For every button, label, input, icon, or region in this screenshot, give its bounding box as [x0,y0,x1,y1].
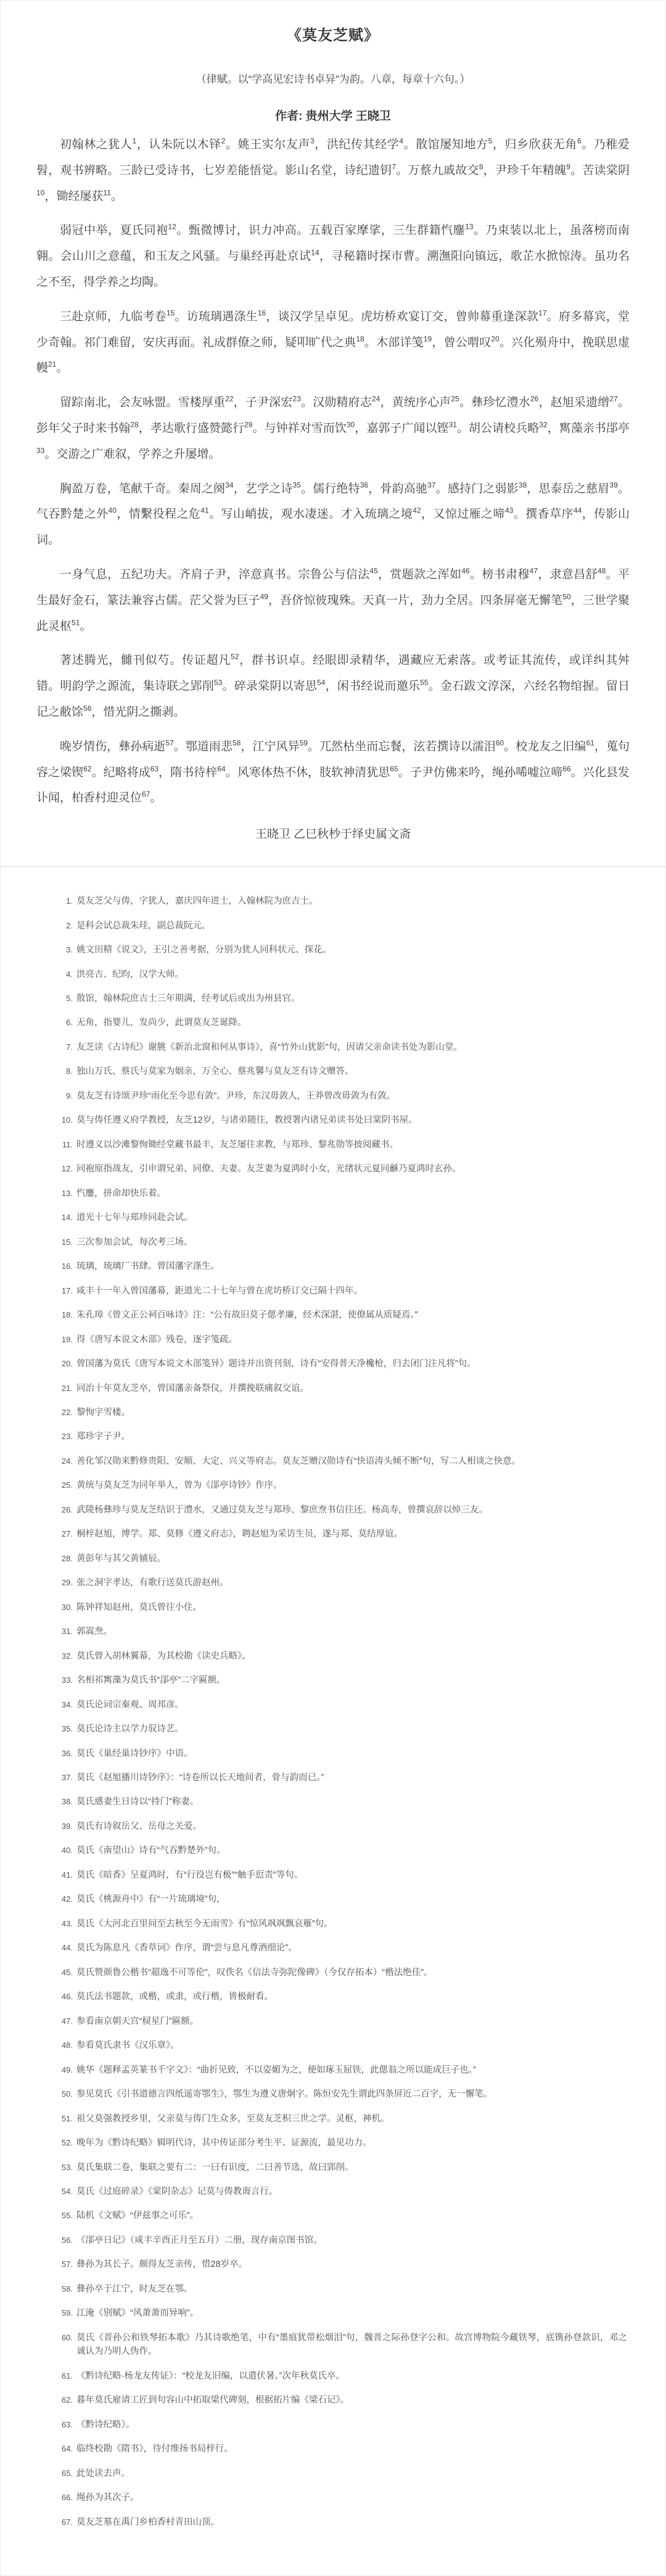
footnote-item: 10.莫与俦任遵义府学教授，友芝12岁，与诸弟随往，教授署内诸兄弟读书处曰棠阴书… [59,1113,627,1127]
footnote-item: 64.临终校勘《隋书》，待付维扬书局梓行。 [59,2442,627,2456]
footnote-ref: 49 [260,592,268,601]
footnote-number: 20. [59,1358,73,1370]
footnote-item: 15.三次参加会试，每次考三场。 [59,1236,627,1249]
footnote-number: 3. [59,944,73,956]
footnote-ref: 56 [83,704,91,713]
footnote-ref: 9 [566,162,570,171]
footnote-text: 江淹《别赋》“风萧萧而异响”。 [76,2308,199,2318]
footnote-ref: 12 [168,223,176,231]
footnote-number: 4. [59,968,73,981]
footnote-item: 17.咸丰十一年入曾国藩幕，距道光二十七年与曾在虎坊桥订交已隔十四年。 [59,1284,627,1298]
footnote-number: 22. [59,1406,73,1419]
footnote-item: 24.善化邹汉勋来黔修贵阳、安顺、大定、兴义等府志。莫友芝赠汉勋诗有“快语涛头倾… [59,1455,627,1468]
footnote-text: 得《唐写本说文木部》残卷，逐字笺疏。 [76,1335,237,1345]
footnote-number: 11. [59,1139,73,1151]
footnote-ref: 64 [217,764,225,773]
footnote-text: 黄统与莫友芝为同年举人，曾为《郘亭诗钞》作序。 [76,1480,282,1490]
footnote-text: 桐梓赵旭，博学。郑、莫修《遵义府志》，聘赵旭为采访生员，遂与郑、莫结厚谊。 [76,1529,403,1539]
footnote-number: 14. [59,1212,73,1224]
footnote-text: 莫氏赞颜鲁公楷书“超逸不可等伦”，叹佚名《信法寺弥陀像碑》（今仅存拓本）“楷法绝… [76,1968,433,1978]
footnote-item: 19.得《唐写本说文木部》残卷，逐字笺疏。 [59,1333,627,1347]
footnote-number: 9. [59,1090,73,1102]
footnote-number: 17. [59,1285,73,1297]
footnote-text: 参见莫氏《引书道德言四纸遥寄鄂生》，鄂生为遵义唐炯字。陈恒安先生谓此四条屏近二百… [76,2089,492,2099]
footnote-number: 13. [59,1187,73,1200]
footnote-ref: 23 [293,395,301,403]
footnote-ref: 42 [413,506,421,515]
footnote-ref: 35 [293,481,301,489]
footnote-text: 莫友芝父与俦，字犹人，嘉庆四年进士，入翰林院为庶吉士。 [76,896,318,906]
footnote-item: 26.武陵杨彝珍与莫友芝结识于澧水，又通过莫友芝与郑珍、黎庶焘书信往还。杨高寿，… [59,1503,627,1517]
footnote-ref: 14 [311,249,319,257]
footnote-item: 28.黄彭年与其父黄辅辰。 [59,1552,627,1566]
footnote-ref: 3 [310,137,314,146]
footnote-item: 23.郑珍字子尹。 [59,1430,627,1443]
footnote-ref: 59 [300,738,308,747]
footnote-text: 莫氏《桃源舟中》有“一片琉璃境”句， [76,1894,226,1904]
footnote-number: 63. [59,2419,73,2431]
author-line: 作者: 贵州大学 王晓卫 [1,107,665,123]
footnote-text: 姚文田精《说文》，王引之善考据，分别为犹人同科状元、探花。 [76,945,331,955]
footnote-ref: 52 [231,653,239,661]
footnote-text: 名相祁寯藻为莫氏书“郘亭”二字匾额。 [76,1675,226,1685]
footnote-item: 34.莫氏论词宗秦观、周邦彦。 [59,1698,627,1712]
footnote-number: 47. [59,2015,73,2028]
footnote-text: 郑珍字子尹。 [76,1432,130,1442]
footnote-item: 66.绳孙为其次子。 [59,2491,627,2504]
footnote-item: 57.彝孙为其长子。颇得友芝亲传，惜28岁卒。 [59,2258,627,2271]
footnote-ref: 1 [132,137,136,146]
footnote-number: 25. [59,1479,73,1492]
footnote-item: 31.郭嵩焘。 [59,1625,627,1638]
footnote-text: 莫与俦任遵义府学教授，友芝12岁，与诸弟随往，教授署内诸兄弟读书处曰棠阴书屋。 [76,1115,417,1125]
footnote-number: 50. [59,2088,73,2100]
footnote-number: 45. [59,1967,73,1979]
footnote-number: 37. [59,1772,73,1784]
footnote-number: 26. [59,1504,73,1516]
footnote-text: 临终校勘《隋书》，待付维扬书局梓行。 [76,2444,233,2454]
footnote-item: 67.莫友芝墓在禹门乡柏香村青田山顶。 [59,2516,627,2529]
document-page: { "page": { "title": "《莫友芝赋》", "subtitle… [0,0,666,2576]
footnote-text: 善化邹汉勋来黔修贵阳、安顺、大定、兴义等府志。莫友芝赠汉勋诗有“快语涛头倾不断”… [76,1456,520,1466]
footnote-ref: 16 [258,308,266,317]
footnote-item: 9.莫友芝有诗颂尹珍“雨化至今思有敛”。尹珍，东汉毋敛人，王莽曾改毋敛为有敛。 [59,1089,627,1103]
footnote-number: 31. [59,1625,73,1638]
footnote-number: 24. [59,1455,73,1468]
footnote-text: 莫氏为陈息凡《香草词》作序，谓“尝与息凡尊酒细论”。 [76,1943,297,1953]
footnote-item: 6.无角，指婴儿，发尚少，此谓莫友芝诞降。 [59,1016,627,1030]
footnote-text: 陆机《文赋》“伊兹事之可乐”。 [76,2211,199,2221]
footnote-number: 61. [59,2370,73,2382]
footnote-ref: 6 [577,137,582,146]
footnote-number: 40. [59,1844,73,1857]
footnote-ref: 33 [36,446,44,455]
footnote-ref: 24 [372,395,380,403]
footnote-ref: 8 [479,162,483,171]
essay-paragraph: 胸盈万卷，笔献千奇。秦周之阕34，艺学之诗35。儒行绝特36，骨韵高驰37。感持… [36,476,630,553]
footnote-item: 21.同治十年莫友芝卒，曾国藩亲备祭仪，并撰挽联痛叙交谊。 [59,1382,627,1395]
footnote-ref: 47 [530,567,538,576]
footnote-ref: 15 [166,308,175,317]
footnote-ref: 21 [48,360,56,369]
footnote-text: 道光十七年与郑珍同赴会试。 [76,1213,193,1223]
essay-paragraph: 晚岁情伤，彝孙病逝57。鄂道雨悲58，江宁风异59。兀然枯坐而忘餐，泫若撰诗以濡… [36,734,630,811]
footnote-item: 62.暮年莫氏雇请工匠到句容山中拓取梁代碑刻，根据拓片编《梁石记》。 [59,2393,627,2407]
footnote-ref: 7 [392,162,396,171]
footnote-item: 12.同袍原指战友，引申谓兄弟、同僚、夫妻。友芝妻为夏鸿时小女，光绪状元夏同龢乃… [59,1162,627,1176]
footnote-item: 5.散馆，翰林院庶吉士三年期满，经考试后或出为州县官。 [59,992,627,1005]
footnote-number: 18. [59,1309,73,1321]
footnote-number: 16. [59,1260,73,1273]
footnote-text: 此处读去声。 [76,2469,130,2479]
footnote-item: 18.朱孔璋《曾文正公祠百咏诗》注：“公有故旧莫子偲孝廉，经术深湛，使僚属从质疑… [59,1308,627,1322]
footnote-item: 42.莫氏《桃源舟中》有“一片琉璃境”句， [59,1893,627,1906]
footnote-ref: 62 [83,764,91,773]
footnote-ref: 43 [505,506,513,515]
footnote-ref: 63 [150,764,158,773]
footnote-number: 36. [59,1748,73,1760]
footnote-item: 59.江淹《别赋》“风萧萧而异响”。 [59,2306,627,2320]
footnote-item: 14.道光十七年与郑珍同赴会试。 [59,1211,627,1224]
footnote-ref: 19 [424,334,432,343]
footnote-text: 莫氏《晋孙公和铁琴拓本歌》乃其诗歌绝笔，中有“墨痕犹带松烟泪”句，魏晋之际孙登字… [76,2333,627,2356]
footnote-text: 莫氏曾入胡林翼幕，为其校勘《读史兵略》。 [76,1651,251,1661]
footnote-ref: 10 [36,188,44,197]
essay-paragraph: 一身气息，五纪功夫。齐肩子尹，淬意真书。宗鲁公与信法45，赏题款之浑如46。榜书… [36,562,630,639]
footnote-item: 63.《黔诗纪略》。 [59,2418,627,2432]
footnote-ref: 61 [586,738,594,747]
footnote-number: 33. [59,1674,73,1686]
footnote-text: 是科会试总裁朱珪，副总裁阮元。 [76,921,211,931]
footnote-number: 5. [59,993,73,1005]
footnote-text: 黎恂字雪楼。 [76,1408,130,1418]
footnote-item: 46.莫氏法书题款，或楷，或隶，或行楷，皆极耐看。 [59,1990,627,2004]
footnote-ref: 25 [451,395,459,403]
footnote-ref: 32 [539,421,547,429]
footnote-text: 同治十年莫友芝卒，曾国藩亲备祭仪，并撰挽联痛叙交谊。 [76,1384,309,1393]
footnote-item: 45.莫氏赞颜鲁公楷书“超逸不可等伦”，叹佚名《信法寺弥陀像碑》（今仅存拓本）“… [59,1966,627,1979]
footnote-number: 53. [59,2161,73,2174]
footnote-item: 39.莫氏有诗叙岳父、岳母之关爱。 [59,1820,627,1833]
signature-line: 王晓卫 乙巳秋杪于绎史属文斋 [1,825,665,841]
footnote-number: 54. [59,2186,73,2198]
footnote-ref: 48 [598,567,606,576]
footnote-text: 同袍原指战友，引申谓兄弟、同僚、夫妻。友芝妻为夏鸿时小女，光绪状元夏同龢乃夏鸿时… [76,1164,461,1174]
footnote-ref: 65 [390,764,398,773]
footnote-text: 《黔诗纪略·杨龙友传证》：“校龙友旧编，以遣伏暑。”次年秋莫氏卒。 [76,2371,345,2381]
footnote-number: 66. [59,2491,73,2504]
footnote-text: 时遵义以沙滩黎恂锄经堂藏书最丰，友芝屡往求教，与郑珍、黎兆勋等披阅藏书。 [76,1140,398,1150]
footnote-ref: 37 [427,481,435,489]
footnote-item: 50.参见莫氏《引书道德言四纸遥寄鄂生》，鄂生为遵义唐炯字。陈恒安先生谓此四条屏… [59,2087,627,2101]
footnote-text: 莫氏《赵旭播川诗钞序》：“诗卷所以长天地间者，骨与韵而已。” [76,1773,324,1783]
footnote-number: 51. [59,2113,73,2125]
footnote-ref: 5 [488,137,493,146]
footnote-text: 莫氏《大河北百里间至去秋至今无雨雪》有“惊风飒飒飘哀雁”句。 [76,1919,333,1929]
footnote-ref: 54 [317,679,325,687]
footnote-ref: 2 [221,137,226,146]
footnote-ref: 26 [530,395,538,403]
footnote-number: 38. [59,1796,73,1808]
footnote-item: 35.莫氏论诗主以学力驭诗艺。 [59,1722,627,1736]
footnote-item: 7.友芝读《古诗纪》谢朓《新治北窗和何从事诗》，喜“竹外山犹影”句，因请父亲命读… [59,1041,627,1054]
footnote-ref: 58 [232,738,240,747]
footnote-number: 67. [59,2516,73,2529]
footnote-item: 47.参看南京朝天宫“棂星门”匾额。 [59,2015,627,2028]
footnote-number: 35. [59,1723,73,1735]
footnote-text: 莫氏集联二卷，集联之要有二：一曰有识度，二曰善节选，故曰郢削。 [76,2163,354,2173]
footnote-text: 武陵杨彝珍与莫友芝结识于澧水，又通过莫友芝与郑珍、黎庶焘书信往还。杨高寿，曾撰哀… [76,1505,488,1515]
footnote-text: 莫氏《过庭碎录》《棠阴杂志》记莫与俦教诲言行。 [76,2187,277,2197]
footnote-item: 2.是科会试总裁朱珪，副总裁阮元。 [59,919,627,933]
footnote-ref: 67 [142,790,150,799]
footnote-number: 39. [59,1820,73,1833]
footnote-text: 姚华《题释孟英篆书千字文》：“曲折见致，不以姿媚为之，便如琢玉屈铁，此偲翁之所以… [76,2065,476,2075]
footnote-text: 曾国藩为莫氏《唐写本说文木部笺异》题诗并出资刊刻，诗有“安得普天净欃枪，归去闭门… [76,1359,476,1369]
footnote-text: 友芝读《古诗纪》谢朓《新治北窗和何从事诗》，喜“竹外山犹影”句，因请父亲命读书处… [76,1042,462,1052]
footnote-text: 莫氏论词宗秦观、周邦彦。 [76,1700,184,1710]
footnote-ref: 66 [562,764,570,773]
essay-paragraph: 三赴京师，九临考卷15。访琉璃遇涤生16，谈汉学呈卓见。虎坊桥欢宴订交，曾帅幕重… [36,304,630,381]
footnote-text: 咸丰十一年入曾国藩幕，距道光二十七年与曾在虎坊桥订交已隔十四年。 [76,1286,363,1296]
footnote-ref: 31 [449,421,457,429]
footnote-ref: 36 [360,481,368,489]
essay-paragraph: 弱冠中举，夏氏同袍12。甄微博讨，识力冲高。五载百家摩挲，三生群籍忾鏖13。乃束… [36,218,630,295]
footnote-item: 44.莫氏为陈息凡《香草词》作序，谓“尝与息凡尊酒细论”。 [59,1941,627,1955]
footnote-number: 58. [59,2283,73,2295]
footnote-number: 62. [59,2394,73,2406]
footnote-number: 6. [59,1017,73,1029]
footnote-number: 46. [59,1991,73,2003]
footnote-item: 29.张之洞字孝达，有歌行送莫氏游赵州。 [59,1576,627,1590]
footnote-text: 晚年为《黔诗纪略》辑明代诗，其中传证部分考生平、证源流，最见功力。 [76,2138,372,2148]
footnote-item: 11.时遵义以沙滩黎恂锄经堂藏书最丰，友芝屡往求教，与郑珍、黎兆勋等披阅藏书。 [59,1138,627,1152]
footnote-ref: 29 [244,421,252,429]
footnote-text: 独山万氏、蔡氏与莫家为姻亲，万全心、蔡兆馨与莫友芝有诗文赠答。 [76,1067,354,1076]
footnote-item: 33.名相祁寯藻为莫氏书“郘亭”二字匾额。 [59,1674,627,1687]
footnote-number: 8. [59,1065,73,1078]
footnote-item: 4.洪亮吉、纪昀，汉学大师。 [59,968,627,981]
footnote-number: 12. [59,1163,73,1175]
footnote-number: 59. [59,2307,73,2319]
footnote-text: 陈钟祥知赵州，莫氏曾往小住。 [76,1603,202,1612]
footnote-number: 32. [59,1650,73,1662]
footnote-text: 三次参加会试，每次考三场。 [76,1237,193,1247]
footnote-text: 莫氏论诗主以学力驭诗艺。 [76,1724,184,1734]
footnote-ref: 55 [420,679,428,687]
footnote-item: 60.莫氏《晋孙公和铁琴拓本歌》乃其诗歌绝笔，中有“墨痕犹带松烟泪”句，魏晋之际… [59,2331,627,2359]
essay-paragraph: 留踪南北，会友咏盟。雪楼厚重22，子尹深宏23。汉勋精府志24，黄统序心声25。… [36,390,630,467]
footnote-number: 29. [59,1577,73,1589]
footnote-text: 彝孙卒于江宁，时友芝在鄂。 [76,2284,193,2294]
footnote-text: 暮年莫氏雇请工匠到句容山中拓取梁代碑刻，根据拓片编《梁石记》。 [76,2395,349,2405]
footnote-item: 48.参看莫氏隶书《汉乐章》。 [59,2039,627,2052]
footnote-number: 21. [59,1382,73,1395]
footnote-ref: 20 [491,334,499,343]
footnote-item: 25.黄统与莫友芝为同年举人，曾为《郘亭诗钞》作序。 [59,1479,627,1492]
footnote-ref: 4 [399,137,403,146]
footnote-number: 44. [59,1942,73,1954]
footnote-number: 30. [59,1601,73,1614]
footnote-number: 43. [59,1918,73,1930]
footnote-text: 参看南京朝天宫“棂星门”匾额。 [76,2017,199,2026]
footnote-text: 莫氏法书题款，或楷，或隶，或行楷，皆极耐看。 [76,1992,273,2002]
footnote-text: 彝孙为其长子。颇得友芝亲传，惜28岁卒。 [76,2260,247,2269]
footnote-number: 42. [59,1893,73,1905]
footnote-item: 8.独山万氏、蔡氏与莫家为姻亲，万全心、蔡兆馨与莫友芝有诗文赠答。 [59,1065,627,1078]
footnote-number: 65. [59,2467,73,2480]
footnote-item: 58.彝孙卒于江宁，时友芝在鄂。 [59,2282,627,2296]
footnote-item: 20.曾国藩为莫氏《唐写本说文木部笺异》题诗并出资刊刻，诗有“安得普天净欃枪，归… [59,1357,627,1371]
footnote-ref: 57 [165,738,173,747]
footnote-number: 56. [59,2234,73,2247]
footnote-number: 23. [59,1430,73,1443]
footnote-text: 张之洞字孝达，有歌行送莫氏游赵州。 [76,1578,229,1588]
footnote-number: 34. [59,1699,73,1711]
footnote-number: 52. [59,2137,73,2149]
footnote-item: 51.祖父莫强教授乡里，父亲莫与俦门生众多，至莫友芝积三世之学。灵枢，神机。 [59,2112,627,2126]
footnote-ref: 50 [562,592,570,601]
footnote-item: 54.莫氏《过庭碎录》《棠阴杂志》记莫与俦教诲言行。 [59,2185,627,2198]
footnote-number: 15. [59,1236,73,1249]
footnote-text: 莫友芝有诗颂尹珍“雨化至今思有敛”。尹珍，东汉毋敛人，王莽曾改毋敛为有敛。 [76,1091,395,1101]
footnote-ref: 27 [609,395,617,403]
footnote-item: 56.《郘亭日记》（咸丰辛酉正月至五月）二册，现存南京图书馆。 [59,2234,627,2247]
footnote-ref: 38 [519,481,527,489]
footnote-ref: 40 [109,506,117,515]
footnote-text: 郭嵩焘。 [76,1627,112,1637]
footnote-item: 30.陈钟祥知赵州，莫氏曾往小住。 [59,1601,627,1614]
footnote-text: 忾鏖，拼命却快乐着。 [76,1189,166,1199]
footnote-number: 10. [59,1114,73,1126]
footnote-item: 22.黎恂字雪楼。 [59,1406,627,1419]
footnote-text: 莫氏《巢经巢诗钞序》中语。 [76,1749,193,1759]
footnote-number: 19. [59,1334,73,1346]
footnote-ref: 51 [72,618,80,627]
footnote-ref: 44 [573,506,582,515]
footnote-ref: 28 [130,421,138,429]
footnote-item: 41.莫氏《暗香》呈夏鸿时，有“行役岂有极”“触手愆责”等句。 [59,1868,627,1882]
footnote-text: 黄彭年与其父黄辅辰。 [76,1554,166,1564]
footnote-item: 36.莫氏《巢经巢诗钞序》中语。 [59,1747,627,1761]
footnote-text: 莫氏有诗叙岳父、岳母之关爱。 [76,1822,202,1831]
footnote-item: 65.此处读去声。 [59,2467,627,2480]
footnote-ref: 22 [225,395,233,403]
footnote-ref: 53 [214,679,222,687]
footnote-text: 莫友芝墓在禹门乡柏香村青田山顶。 [76,2517,220,2527]
essay-paragraph: 初翰林之犹人1，认朱阮以木铎2。姚王实尔友声3，洪纪传其经学4。散馆屡知地方5，… [36,132,630,209]
footnote-text: 参看莫氏隶书《汉乐章》。 [76,2041,179,2050]
footnote-ref: 39 [609,481,617,489]
footnote-item: 32.莫氏曾入胡林翼幕，为其校勘《读史兵略》。 [59,1649,627,1663]
footnote-text: 散馆，翰林院庶吉士三年期满，经考试后或出为州县官。 [76,994,300,1004]
footnote-item: 3.姚文田精《说文》，王引之善考据，分别为犹人同科状元、探花。 [59,943,627,957]
footnote-number: 55. [59,2210,73,2222]
footnote-item: 37.莫氏《赵旭播川诗钞序》：“诗卷所以长天地间者，骨与韵而已。” [59,1771,627,1785]
footnote-item: 55.陆机《文赋》“伊兹事之可乐”。 [59,2209,627,2223]
footnote-number: 48. [59,2039,73,2052]
footnote-ref: 13 [465,223,473,231]
footnote-number: 27. [59,1528,73,1540]
footnote-item: 53.莫氏集联二卷，集联之要有二：一曰有识度，二曰善节选，故曰郢削。 [59,2161,627,2174]
document-body: 《莫友芝赋》 （律赋。以“学高见宏诗书卓异”为韵。八章，每章十六句。） 作者: … [1,1,665,2575]
footnote-item: 27.桐梓赵旭，博学。郑、莫修《遵义府志》，聘赵旭为采访生员，遂与郑、莫结厚谊。 [59,1527,627,1541]
footnote-item: 16.琉璃，琉璃厂书肆。曾国藩字涤生。 [59,1260,627,1273]
footnote-ref: 30 [347,421,355,429]
footnote-item: 61.《黔诗纪略·杨龙友传证》：“校龙友旧编，以遣伏暑。”次年秋莫氏卒。 [59,2369,627,2383]
footnote-item: 40.莫氏《南望山》诗有“气吞黔楚外”句。 [59,1844,627,1857]
footnote-ref: 46 [461,567,469,576]
footnote-text: 洪亮吉、纪昀，汉学大师。 [76,970,184,980]
footnote-ref: 45 [369,567,377,576]
footnote-text: 《郘亭日记》（咸丰辛酉正月至五月）二册，现存南京图书馆。 [76,2235,323,2245]
footnotes-list: 1.莫友芝父与俦，字犹人，嘉庆四年进士，入翰林院为庶吉士。2.是科会试总裁朱珪，… [1,867,665,2557]
footnote-item: 49.姚华《题释孟英篆书千字文》：“曲折见致，不以姿媚为之，便如琢玉屈铁，此偲翁… [59,2063,627,2077]
essay-paragraph: 著述腾光，雠刊似芍。传证超凡52，群书识卓。经眼即录精华，遇藏应无索落。或考证其… [36,648,630,725]
footnote-number: 2. [59,920,73,932]
footnote-ref: 41 [200,506,208,515]
footnote-ref: 18 [356,334,364,343]
footnote-item: 52.晚年为《黔诗纪略》辑明代诗，其中传证部分考生平、证源流，最见功力。 [59,2136,627,2150]
footnote-text: 祖父莫强教授乡里，父亲莫与俦门生众多，至莫友芝积三世之学。灵枢，神机。 [76,2114,390,2124]
footnote-text: 莫氏《南望山》诗有“气吞黔楚外”句。 [76,1846,226,1856]
footnote-ref: 60 [496,738,504,747]
footnote-number: 64. [59,2443,73,2455]
footnote-number: 60. [59,2332,73,2344]
footnote-ref: 34 [225,481,233,489]
footnote-number: 57. [59,2258,73,2271]
footnote-number: 1. [59,895,73,907]
footnote-item: 13.忾鏖，拼命却快乐着。 [59,1187,627,1200]
footnote-number: 49. [59,2064,73,2076]
essay-paragraphs: 初翰林之犹人1，认朱阮以木铎2。姚王实尔友声3，洪纪传其经学4。散馆屡知地方5，… [1,123,665,811]
footnote-ref: 11 [103,188,110,197]
footnote-ref: 17 [538,308,546,317]
footnote-text: 《黔诗纪略》。 [76,2420,134,2430]
footnote-text: 无角，指婴儿，发尚少，此谓莫友芝诞降。 [76,1018,247,1028]
footnote-number: 28. [59,1553,73,1565]
footnote-number: 41. [59,1869,73,1881]
footnote-text: 朱孔璋《曾文正公祠百咏诗》注：“公有故旧莫子偲孝廉，经术深湛，使僚属从质疑焉。” [76,1310,417,1320]
page-title: 《莫友芝赋》 [1,23,665,44]
footnote-number: 7. [59,1041,73,1054]
footnote-item: 1.莫友芝父与俦，字犹人，嘉庆四年进士，入翰林院为庶吉士。 [59,894,627,908]
footnote-text: 莫氏感妻生日诗以“持门”称妻。 [76,1797,199,1807]
footnote-item: 43.莫氏《大河北百里间至去秋至今无雨雪》有“惊风飒飒飘哀雁”句。 [59,1917,627,1931]
footnote-text: 绳孙为其次子。 [76,2493,139,2503]
footnote-text: 琉璃，琉璃厂书肆。曾国藩字涤生。 [76,1261,220,1271]
subtitle-rhyme-note: （律赋。以“学高见宏诗书卓异”为韵。八章，每章十六句。） [1,70,665,86]
footnote-item: 38.莫氏感妻生日诗以“持门”称妻。 [59,1795,627,1809]
footnote-text: 莫氏《暗香》呈夏鸿时，有“行役岂有极”“触手愆责”等句。 [76,1870,303,1880]
